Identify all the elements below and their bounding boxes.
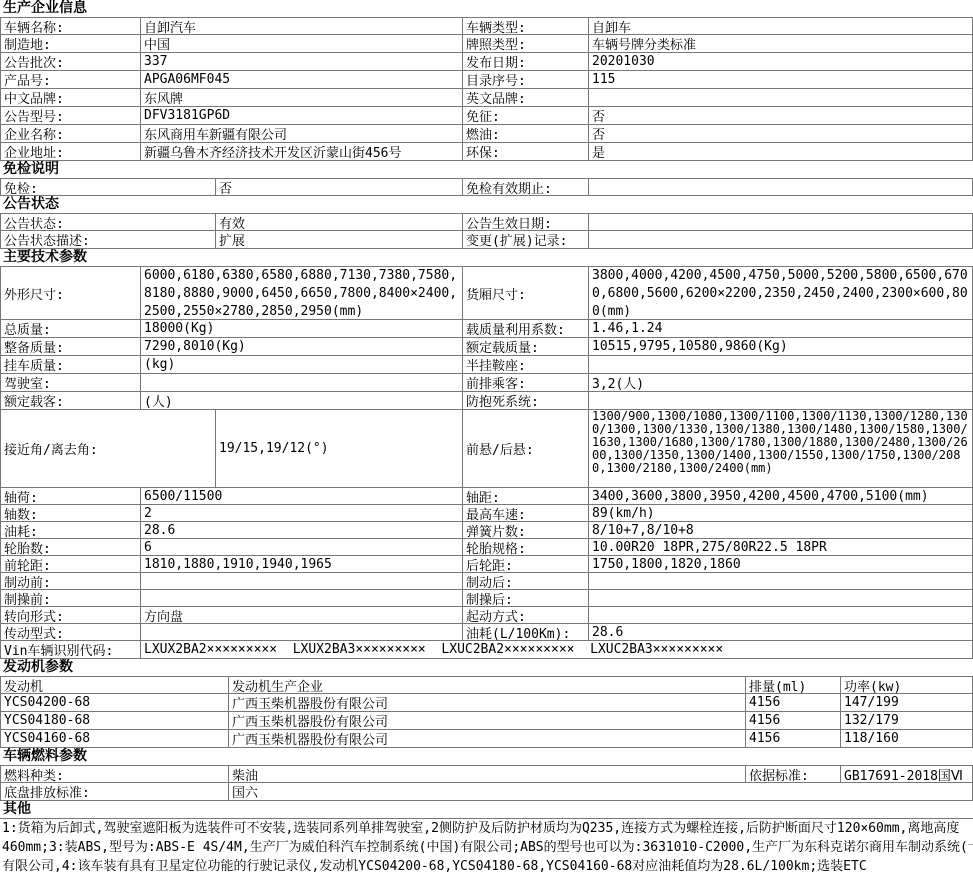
technical-parameters-row-12-label: 制动前: — [0, 573, 140, 589]
technical-parameters-row-1-label: 载质量利用系数: — [462, 320, 588, 337]
fuel-parameters-row-1-value: 国六 — [228, 783, 973, 800]
section-title-technical-parameters: 主要技术参数 — [0, 249, 973, 266]
manufacturer-info-row-0-value: 自卸汽车 — [140, 18, 462, 34]
fuel-parameters-row-0-value: GB17691-2018国Ⅵ — [840, 766, 973, 782]
manufacturer-info-row-4-value: 东风牌 — [140, 89, 462, 106]
manufacturer-info-row: 产品号:APGA06MF045目录序号:115 — [0, 71, 973, 89]
manufacturer-info-row-7-value: 是 — [588, 143, 973, 160]
fuel-parameters-row-1-label: 底盘排放标准: — [0, 783, 228, 800]
engine-parameters-row-1-value: 147/199 — [840, 694, 973, 711]
manufacturer-info-row-3-value: APGA06MF045 — [140, 71, 462, 88]
technical-parameters-row-4-label: 前排乘客: — [462, 374, 588, 391]
technical-parameters-row: 油耗:28.6弹簧片数:8/10+7,8/10+8 — [0, 522, 973, 539]
manufacturer-info-row: 中文品牌:东风牌英文品牌: — [0, 89, 973, 107]
manufacturer-info-row-3-value: 115 — [588, 71, 973, 88]
technical-parameters-row-3-value — [588, 356, 973, 373]
technical-parameters-row-13-label: 制操前: — [0, 590, 140, 606]
technical-parameters-row-0-value: 6000,6180,6380,6580,6880,7130,7380,7580,… — [140, 267, 462, 319]
manufacturer-info-row-7-label: 环保: — [462, 143, 588, 160]
technical-parameters-row-2-label: 整备质量: — [0, 338, 140, 355]
engine-parameters-row: YCS04200-68广西玉柴机器股份有限公司4156147/199 — [0, 694, 973, 712]
technical-parameters-row-14-label: 起动方式: — [462, 607, 588, 623]
technical-parameters-row: 接近角/离去角:19/15,19/12(°)前悬/后悬:1300/900,130… — [0, 410, 973, 488]
engine-parameters-row-0-value: 发动机生产企业 — [228, 677, 745, 693]
announcement-status-row: 公告状态:有效公告生效日期: — [0, 213, 973, 231]
technical-parameters-row-11-value: 1810,1880,1910,1940,1965 — [140, 556, 462, 572]
manufacturer-info-row: 公告批次:337发布日期:20201030 — [0, 53, 973, 71]
engine-parameters-row-0-label: 排量(ml) — [745, 677, 840, 693]
technical-parameters-row-5-value: (人) — [140, 392, 462, 409]
technical-parameters-row-14-value: 方向盘 — [140, 607, 462, 623]
technical-parameters-row-9-value: 8/10+7,8/10+8 — [588, 522, 973, 538]
manufacturer-info-row-1-label: 制造地: — [0, 35, 140, 52]
manufacturer-info-row-4-label: 中文品牌: — [0, 89, 140, 106]
exemption-note-row: 免检:否免检有效期止: — [0, 178, 973, 196]
technical-parameters-row-15-value — [140, 624, 462, 640]
announcement-status-row: 公告状态描述:扩展变更(扩展)记录: — [0, 231, 973, 249]
manufacturer-info-row: 制造地:中国牌照类型:车辆号牌分类标准 — [0, 35, 973, 53]
manufacturer-info-row-1-label: 牌照类型: — [462, 35, 588, 52]
technical-parameters-row-2-value: 7290,8010(Kg) — [140, 338, 462, 355]
exemption-note-row-0-value — [588, 179, 973, 195]
technical-parameters-row-8-label: 轴数: — [0, 505, 140, 521]
technical-parameters-row-10-label: 轮胎规格: — [462, 539, 588, 555]
engine-parameters-row-2-label: YCS04180-68 — [0, 712, 228, 729]
manufacturer-info-row-7-value: 新疆乌鲁木齐经济技术开发区沂蒙山街456号 — [140, 143, 462, 160]
engine-parameters-row-3-value: 广西玉柴机器股份有限公司 — [228, 730, 745, 747]
technical-parameters-row-0-label: 货厢尺寸: — [462, 267, 588, 319]
technical-parameters-row-16-value: LXUX2BA2××××××××× LXUX2BA3××××××××× LXUC… — [140, 641, 973, 658]
manufacturer-info-row-6-value: 东风商用车新疆有限公司 — [140, 125, 462, 142]
manufacturer-info-row-1-value: 车辆号牌分类标准 — [588, 35, 973, 52]
manufacturer-info-row-0-value: 自卸车 — [588, 18, 973, 34]
manufacturer-info-row: 公告型号:DFV3181GP6D免征:否 — [0, 107, 973, 125]
technical-parameters-row-9-label: 弹簧片数: — [462, 522, 588, 538]
manufacturer-info-row: 车辆名称:自卸汽车车辆类型:自卸车 — [0, 17, 973, 35]
technical-parameters-row-6-value: 1300/900,1300/1080,1300/1100,1300/1130,1… — [588, 410, 973, 487]
other-note-line: 460mm;3:装ABS,型号为:ABS-E 4S/4M,生产厂为威伯科汽车控制… — [0, 838, 973, 857]
technical-parameters-row-8-label: 最高车速: — [462, 505, 588, 521]
manufacturer-info-row-7-label: 企业地址: — [0, 143, 140, 160]
engine-parameters-row-3-value: 118/160 — [840, 730, 973, 747]
technical-parameters-row-10-value: 6 — [140, 539, 462, 555]
technical-parameters-row-3-label: 挂车质量: — [0, 356, 140, 373]
technical-parameters-row-1-label: 总质量: — [0, 320, 140, 337]
technical-parameters-row: 传动型式:油耗(L/100Km):28.6 — [0, 624, 973, 641]
technical-parameters-row-0-value: 3800,4000,4200,4500,4750,5000,5200,5800,… — [588, 267, 973, 319]
vehicle-announcement-table: 生产企业信息车辆名称:自卸汽车车辆类型:自卸车制造地:中国牌照类型:车辆号牌分类… — [0, 0, 973, 876]
technical-parameters-row-6-value: 19/15,19/12(°) — [215, 410, 462, 487]
other-note-line: 1:货箱为后卸式,驾驶室遮阳板为选装件可不安装,选装同系列单排驾驶室,2侧防护及… — [0, 819, 973, 838]
exemption-note-row-0-label: 免检有效期止: — [462, 179, 588, 195]
technical-parameters-row-15-label: 油耗(L/100Km): — [462, 624, 588, 640]
announcement-status-row-0-label: 公告状态: — [0, 214, 215, 230]
manufacturer-info-row-1-value: 中国 — [140, 35, 462, 52]
announcement-status-row-1-label: 公告状态描述: — [0, 231, 215, 248]
technical-parameters-row: 挂车质量:(kg)半挂鞍座: — [0, 356, 973, 374]
technical-parameters-row-2-value: 10515,9795,10580,9860(Kg) — [588, 338, 973, 355]
announcement-status-row-0-value — [588, 214, 973, 230]
manufacturer-info-row-0-label: 车辆名称: — [0, 18, 140, 34]
fuel-parameters-row-0-label: 依据标准: — [745, 766, 840, 782]
technical-parameters-row: 轮胎数:6轮胎规格:10.00R20 18PR,275/80R22.5 18PR — [0, 539, 973, 556]
technical-parameters-row-16-label: Vin车辆识别代码: — [0, 641, 140, 658]
technical-parameters-row-2-label: 额定载质量: — [462, 338, 588, 355]
technical-parameters-row-13-value — [140, 590, 462, 606]
technical-parameters-row: 制动前:制动后: — [0, 573, 973, 590]
engine-parameters-row-1-value: 广西玉柴机器股份有限公司 — [228, 694, 745, 711]
manufacturer-info-row-4-value — [588, 89, 973, 106]
exemption-note-row-0-value: 否 — [215, 179, 462, 195]
technical-parameters-row-7-value: 3400,3600,3800,3950,4200,4500,4700,5100(… — [588, 488, 973, 504]
technical-parameters-row-1-value: 1.46,1.24 — [588, 320, 973, 337]
section-title-fuel-parameters: 车辆燃料参数 — [0, 748, 973, 765]
announcement-status-row-1-value: 扩展 — [215, 231, 462, 248]
technical-parameters-row: 整备质量:7290,8010(Kg)额定载质量:10515,9795,10580… — [0, 338, 973, 356]
technical-parameters-row-8-value: 89(km/h) — [588, 505, 973, 521]
technical-parameters-row-15-label: 传动型式: — [0, 624, 140, 640]
fuel-parameters-row: 底盘排放标准:国六 — [0, 783, 973, 801]
technical-parameters-row-6-label: 前悬/后悬: — [462, 410, 588, 487]
technical-parameters-row: 驾驶室:前排乘客:3,2(人) — [0, 374, 973, 392]
section-title-other: 其他 — [0, 801, 973, 818]
technical-parameters-row-8-value: 2 — [140, 505, 462, 521]
technical-parameters-row-6-label: 接近角/离去角: — [0, 410, 215, 487]
manufacturer-info-row-2-value: 337 — [140, 53, 462, 70]
manufacturer-info-row-6-label: 燃油: — [462, 125, 588, 142]
fuel-parameters-row-0-value: 柴油 — [228, 766, 745, 782]
manufacturer-info-row-5-label: 公告型号: — [0, 107, 140, 124]
engine-parameters-row-2-value: 132/179 — [840, 712, 973, 729]
engine-parameters-row-3-label: 4156 — [745, 730, 840, 747]
section-title-announcement-status: 公告状态 — [0, 196, 973, 213]
manufacturer-info-row: 企业名称:东风商用车新疆有限公司燃油:否 — [0, 125, 973, 143]
technical-parameters-row-4-label: 驾驶室: — [0, 374, 140, 391]
technical-parameters-row-7-label: 轴距: — [462, 488, 588, 504]
technical-parameters-row-13-label: 制操后: — [462, 590, 588, 606]
technical-parameters-row-14-value — [588, 607, 973, 623]
manufacturer-info-row-3-label: 产品号: — [0, 71, 140, 88]
manufacturer-info-row-2-label: 发布日期: — [462, 53, 588, 70]
technical-parameters-row: 转向形式:方向盘起动方式: — [0, 607, 973, 624]
technical-parameters-row-9-value: 28.6 — [140, 522, 462, 538]
exemption-note-row-0-label: 免检: — [0, 179, 215, 195]
announcement-status-row-1-value — [588, 231, 973, 248]
engine-parameters-row-1-label: 4156 — [745, 694, 840, 711]
technical-parameters-row-1-value: 18000(Kg) — [140, 320, 462, 337]
technical-parameters-row: 制操前:制操后: — [0, 590, 973, 607]
fuel-parameters-row: 燃料种类:柴油依据标准:GB17691-2018国Ⅵ — [0, 765, 973, 783]
technical-parameters-row-11-value: 1750,1800,1820,1860 — [588, 556, 973, 572]
technical-parameters-row-12-value — [588, 573, 973, 589]
manufacturer-info-row-2-label: 公告批次: — [0, 53, 140, 70]
manufacturer-info-row-0-label: 车辆类型: — [462, 18, 588, 34]
engine-parameters-row: 发动机发动机生产企业排量(ml)功率(kw) — [0, 676, 973, 694]
announcement-status-row-1-label: 变更(扩展)记录: — [462, 231, 588, 248]
technical-parameters-row: 总质量:18000(Kg)载质量利用系数:1.46,1.24 — [0, 320, 973, 338]
engine-parameters-row-0-value: 功率(kw) — [840, 677, 973, 693]
technical-parameters-row-4-value — [140, 374, 462, 391]
announcement-status-row-0-label: 公告生效日期: — [462, 214, 588, 230]
technical-parameters-row-5-label: 额定载客: — [0, 392, 140, 409]
technical-parameters-row-11-label: 后轮距: — [462, 556, 588, 572]
engine-parameters-row-3-label: YCS04160-68 — [0, 730, 228, 747]
manufacturer-info-row-6-value: 否 — [588, 125, 973, 142]
technical-parameters-row-13-value — [588, 590, 973, 606]
technical-parameters-row-7-label: 轴荷: — [0, 488, 140, 504]
technical-parameters-row-12-label: 制动后: — [462, 573, 588, 589]
technical-parameters-row-7-value: 6500/11500 — [140, 488, 462, 504]
engine-parameters-row-2-value: 广西玉柴机器股份有限公司 — [228, 712, 745, 729]
technical-parameters-row: 额定载客:(人)防抱死系统: — [0, 392, 973, 410]
section-title-engine-parameters: 发动机参数 — [0, 659, 973, 676]
technical-parameters-row-5-label: 防抱死系统: — [462, 392, 588, 409]
manufacturer-info-row-4-label: 英文品牌: — [462, 89, 588, 106]
manufacturer-info-row: 企业地址:新疆乌鲁木齐经济技术开发区沂蒙山街456号环保:是 — [0, 143, 973, 161]
manufacturer-info-row-3-label: 目录序号: — [462, 71, 588, 88]
technical-parameters-row-14-label: 转向形式: — [0, 607, 140, 623]
section-title-manufacturer-info: 生产企业信息 — [0, 0, 973, 17]
engine-parameters-row-0-label: 发动机 — [0, 677, 228, 693]
technical-parameters-row-12-value — [140, 573, 462, 589]
manufacturer-info-row-5-value: DFV3181GP6D — [140, 107, 462, 124]
other-notes: 1:货箱为后卸式,驾驶室遮阳板为选装件可不安装,选装同系列单排驾驶室,2侧防护及… — [0, 818, 973, 876]
technical-parameters-row-10-label: 轮胎数: — [0, 539, 140, 555]
announcement-status-row-0-value: 有效 — [215, 214, 462, 230]
manufacturer-info-row-5-label: 免征: — [462, 107, 588, 124]
manufacturer-info-row-2-value: 20201030 — [588, 53, 973, 70]
engine-parameters-row-1-label: YCS04200-68 — [0, 694, 228, 711]
technical-parameters-row: 轴数:2最高车速:89(km/h) — [0, 505, 973, 522]
manufacturer-info-row-5-value: 否 — [588, 107, 973, 124]
engine-parameters-row-2-label: 4156 — [745, 712, 840, 729]
engine-parameters-row: YCS04180-68广西玉柴机器股份有限公司4156132/179 — [0, 712, 973, 730]
technical-parameters-row-10-value: 10.00R20 18PR,275/80R22.5 18PR — [588, 539, 973, 555]
technical-parameters-row-4-value: 3,2(人) — [588, 374, 973, 391]
technical-parameters-row-0-label: 外形尺寸: — [0, 267, 140, 319]
fuel-parameters-row-0-label: 燃料种类: — [0, 766, 228, 782]
section-title-exemption-note: 免检说明 — [0, 161, 973, 178]
technical-parameters-row: 外形尺寸:6000,6180,6380,6580,6880,7130,7380,… — [0, 266, 973, 320]
technical-parameters-row: 轴荷:6500/11500轴距:3400,3600,3800,3950,4200… — [0, 488, 973, 505]
technical-parameters-row-3-value: (kg) — [140, 356, 462, 373]
technical-parameters-row-5-value — [588, 392, 973, 409]
technical-parameters-row: 前轮距:1810,1880,1910,1940,1965后轮距:1750,180… — [0, 556, 973, 573]
technical-parameters-row-11-label: 前轮距: — [0, 556, 140, 572]
other-note-line: 有限公司,4:该车装有具有卫星定位功能的行驶记录仪,发动机YCS04200-68… — [0, 857, 973, 876]
technical-parameters-row-15-value: 28.6 — [588, 624, 973, 640]
technical-parameters-row-9-label: 油耗: — [0, 522, 140, 538]
engine-parameters-row: YCS04160-68广西玉柴机器股份有限公司4156118/160 — [0, 730, 973, 748]
manufacturer-info-row-6-label: 企业名称: — [0, 125, 140, 142]
technical-parameters-row-3-label: 半挂鞍座: — [462, 356, 588, 373]
technical-parameters-row: Vin车辆识别代码:LXUX2BA2××××××××× LXUX2BA3××××… — [0, 641, 973, 659]
